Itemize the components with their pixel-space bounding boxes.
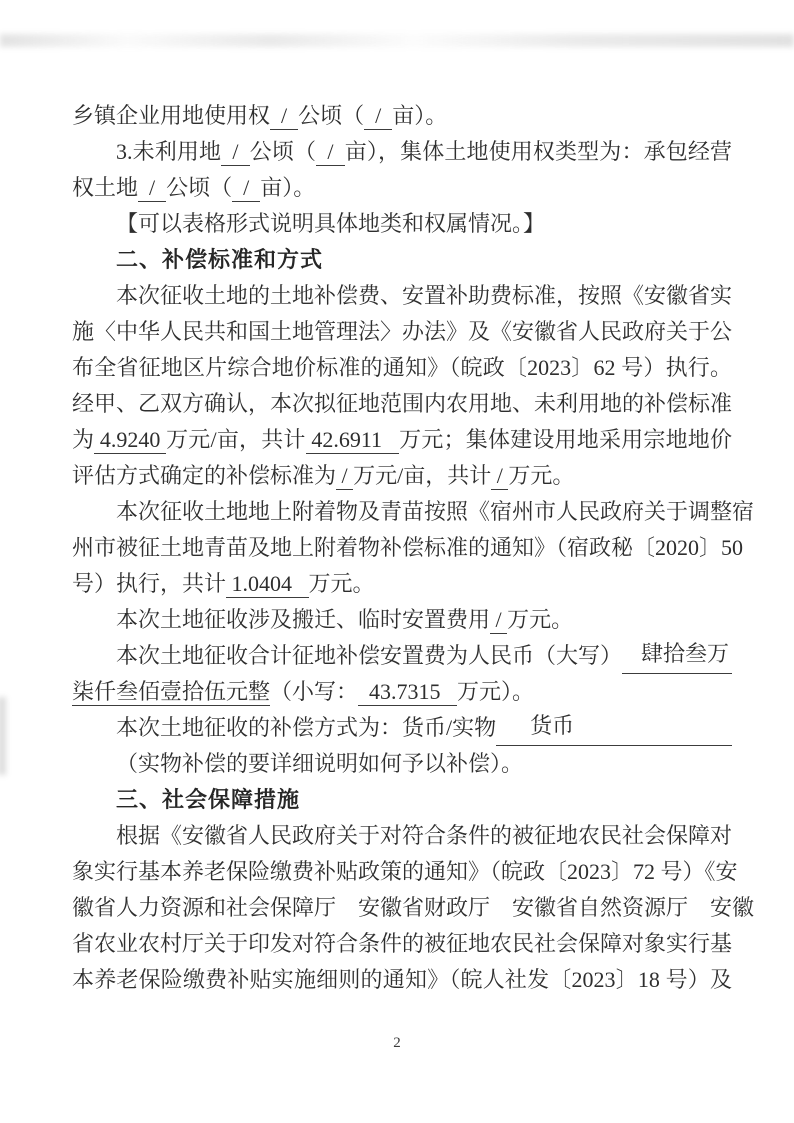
document-body: 乡镇企业用地使用权 / 公顷（ / 亩）。3.未利用地 / 公顷（ / 亩），集… — [72, 98, 732, 998]
scan-artifact-mark — [0, 697, 6, 775]
text-segment: 三、社会保障措施 — [116, 787, 300, 812]
text-segment: 公顷（ — [166, 175, 232, 200]
blank-value: / — [490, 607, 507, 634]
text-segment: 乡镇企业用地使用权 — [72, 103, 270, 128]
text-segment: （实物补偿的要详细说明如何予以补偿）。 — [116, 751, 523, 776]
blank-value: / — [138, 175, 166, 202]
text-segment: 本养老保险缴费补贴实施细则的通知》（皖人社发〔2023〕18 号）及 — [72, 967, 732, 992]
text-segment: 根据《安徽省人民政府关于对符合条件的被征地农民社会保障对 — [116, 823, 732, 848]
blank-value: / — [491, 463, 508, 490]
text-segment: 布全省征地区片综合地价标准的通知》（皖政〔2023〕62 号）执行。 — [72, 355, 732, 380]
document-line: 为 4.9240 万元/亩，共计 42.6911 万元；集体建设用地采用宗地地价 — [72, 422, 732, 458]
text-segment: 本次土地征收合计征地补偿安置费为人民币（大写） — [116, 638, 622, 674]
blank-value: / — [364, 103, 392, 130]
text-segment: 万元。 — [508, 463, 574, 488]
document-line: 根据《安徽省人民政府关于对符合条件的被征地农民社会保障对 — [72, 818, 732, 854]
document-line: 柒仟叁佰壹拾伍元整（小写： 43.7315 万元）。 — [72, 674, 732, 710]
text-segment: 本次征收土地的土地补偿费、安置补助费标准，按照《安徽省实 — [116, 283, 732, 308]
text-segment: 评估方式确定的补偿标准为 — [72, 463, 336, 488]
blank-value: / — [336, 463, 353, 490]
text-segment: 亩）。 — [392, 103, 447, 128]
blank-value: / — [270, 103, 298, 130]
text-segment: 万元/亩，共计 — [353, 463, 491, 488]
document-line: 本次征收土地地上附着物及青苗按照《宿州市人民政府关于调整宿 — [72, 494, 732, 530]
blank-value: / — [221, 139, 250, 166]
text-segment: 本次土地征收的补偿方式为：货币/实物 — [116, 710, 496, 746]
scan-artifact-band — [0, 34, 794, 47]
blank-value: / — [316, 139, 345, 166]
document-line: 本次征收土地的土地补偿费、安置补助费标准，按照《安徽省实 — [72, 278, 732, 314]
document-page: 乡镇企业用地使用权 / 公顷（ / 亩）。3.未利用地 / 公顷（ / 亩），集… — [0, 0, 794, 1123]
blank-value: 柒仟叁佰壹拾伍元整 — [72, 679, 270, 706]
text-segment: 万元。 — [309, 571, 375, 596]
text-segment: 施〈中华人民共和国土地管理法〉办法》及《安徽省人民政府关于公 — [72, 319, 732, 344]
text-segment: 权土地 — [72, 175, 138, 200]
text-segment: 公顷（ — [298, 103, 364, 128]
document-line: （实物补偿的要详细说明如何予以补偿）。 — [72, 746, 732, 782]
text-segment: 万元；集体建设用地采用宗地地价 — [399, 427, 732, 452]
text-segment: 万元。 — [507, 607, 573, 632]
text-segment: 本次征收土地地上附着物及青苗按照《宿州市人民政府关于调整宿 — [116, 499, 754, 524]
document-line: 经甲、乙双方确认，本次拟征地范围内农用地、未利用地的补偿标准 — [72, 386, 732, 422]
text-segment: 本次土地征收涉及搬迁、临时安置费用 — [116, 607, 490, 632]
document-line: 施〈中华人民共和国土地管理法〉办法》及《安徽省人民政府关于公 — [72, 314, 732, 350]
blank-value: 43.7315 — [358, 679, 457, 706]
text-segment: 州市被征土地青苗及地上附着物补偿标准的通知》（宿政秘〔2020〕50 — [72, 535, 743, 560]
text-segment: 3.未利用地 — [116, 139, 221, 164]
text-segment: 二、补偿标准和方式 — [116, 247, 323, 272]
section-heading: 三、社会保障措施 — [72, 782, 732, 818]
text-segment: 号）执行，共计 — [72, 571, 226, 596]
text-segment: （小写： — [270, 679, 358, 704]
document-line: 本次土地征收合计征地补偿安置费为人民币（大写）肆拾叁万 — [72, 638, 732, 674]
blank-value: 肆拾叁万 — [622, 636, 732, 674]
document-line: 本次土地征收涉及搬迁、临时安置费用 / 万元。 — [72, 602, 732, 638]
page-number: 2 — [0, 1030, 794, 1056]
text-segment: 徽省人力资源和社会保障厅 安徽省财政厅 安徽省自然资源厅 安徽 — [72, 895, 754, 920]
document-line: 州市被征土地青苗及地上附着物补偿标准的通知》（宿政秘〔2020〕50 — [72, 530, 732, 566]
text-segment: 经甲、乙双方确认，本次拟征地范围内农用地、未利用地的补偿标准 — [72, 391, 732, 416]
blank-value: 4.9240 — [94, 427, 166, 454]
text-segment: 【可以表格形式说明具体地类和权属情况。】 — [116, 211, 545, 236]
blank-value: 货币 — [496, 708, 732, 746]
document-line: 3.未利用地 / 公顷（ / 亩），集体土地使用权类型为：承包经营 — [72, 134, 732, 170]
section-heading: 二、补偿标准和方式 — [72, 242, 732, 278]
document-line: 本养老保险缴费补贴实施细则的通知》（皖人社发〔2023〕18 号）及 — [72, 962, 732, 998]
text-segment: 亩）。 — [260, 175, 315, 200]
text-segment: 万元/亩，共计 — [166, 427, 306, 452]
text-segment: 亩），集体土地使用权类型为：承包经营 — [345, 139, 732, 164]
document-line: 徽省人力资源和社会保障厅 安徽省财政厅 安徽省自然资源厅 安徽 — [72, 890, 732, 926]
document-line: 乡镇企业用地使用权 / 公顷（ / 亩）。 — [72, 98, 732, 134]
blank-value: 1.0404 — [226, 571, 309, 598]
text-segment: 公顷（ — [250, 139, 316, 164]
text-segment: 万元）。 — [457, 679, 534, 704]
document-line: 布全省征地区片综合地价标准的通知》（皖政〔2023〕62 号）执行。 — [72, 350, 732, 386]
document-line: 号）执行，共计 1.0404 万元。 — [72, 566, 732, 602]
document-line: 省农业农村厅关于印发对符合条件的被征地农民社会保障对象实行基 — [72, 926, 732, 962]
text-segment: 为 — [72, 427, 94, 452]
blank-value: 42.6911 — [306, 427, 400, 454]
text-segment: 省农业农村厅关于印发对符合条件的被征地农民社会保障对象实行基 — [72, 931, 732, 956]
document-line: 权土地 / 公顷（ / 亩）。 — [72, 170, 732, 206]
document-line: 【可以表格形式说明具体地类和权属情况。】 — [72, 206, 732, 242]
document-line: 本次土地征收的补偿方式为：货币/实物货币 — [72, 710, 732, 746]
document-line: 象实行基本养老保险缴费补贴政策的通知》（皖政〔2023〕72 号）《安 — [72, 854, 732, 890]
text-segment: 象实行基本养老保险缴费补贴政策的通知》（皖政〔2023〕72 号）《安 — [72, 859, 738, 884]
blank-value: / — [232, 175, 260, 202]
document-line: 评估方式确定的补偿标准为 / 万元/亩，共计 / 万元。 — [72, 458, 732, 494]
